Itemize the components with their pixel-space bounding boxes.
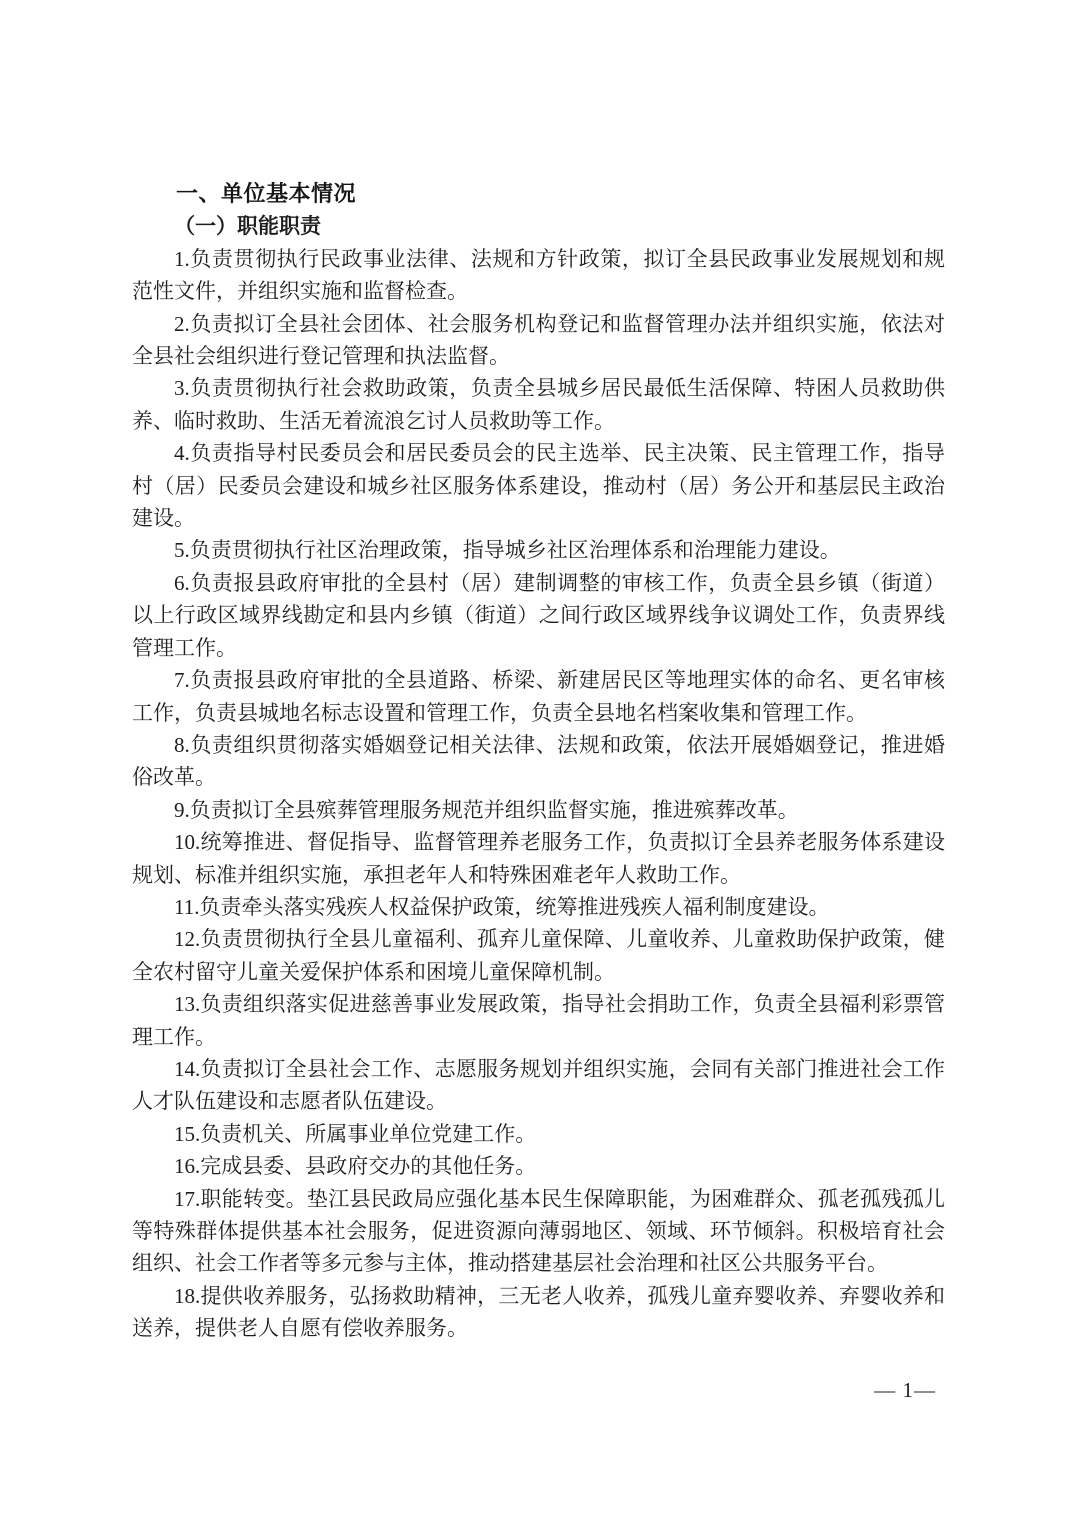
duty-paragraph-5: 5.负责贯彻执行社区治理政策，指导城乡社区治理体系和治理能力建设。 (132, 534, 945, 566)
duty-paragraph-14: 14.负责拟订全县社会工作、志愿服务规划并组织实施，会同有关部门推进社会工作人才… (132, 1053, 945, 1118)
duty-paragraph-6: 6.负责报县政府审批的全县村（居）建制调整的审核工作，负责全县乡镇（街道）以上行… (132, 567, 945, 664)
document-page: 一、单位基本情况 （一）职能职责 1.负责贯彻执行民政事业法律、法规和方针政策，… (0, 0, 1074, 1520)
duty-paragraph-15: 15.负责机关、所属事业单位党建工作。 (132, 1118, 945, 1150)
paragraph-list: 1.负责贯彻执行民政事业法律、法规和方针政策，拟订全县民政事业发展规划和规范性文… (132, 243, 945, 1345)
duty-paragraph-11: 11.负责牵头落实残疾人权益保护政策，统筹推进残疾人福利制度建设。 (132, 891, 945, 923)
duty-paragraph-4: 4.负责指导村民委员会和居民委员会的民主选举、民主决策、民主管理工作，指导村（居… (132, 437, 945, 534)
subsection-heading: （一）职能职责 (132, 210, 945, 242)
document-content: 一、单位基本情况 （一）职能职责 1.负责贯彻执行民政事业法律、法规和方针政策，… (132, 178, 945, 1345)
duty-paragraph-1: 1.负责贯彻执行民政事业法律、法规和方针政策，拟订全县民政事业发展规划和规范性文… (132, 243, 945, 308)
duty-paragraph-7: 7.负责报县政府审批的全县道路、桥梁、新建居民区等地理实体的命名、更名审核工作，… (132, 664, 945, 729)
duty-paragraph-18: 18.提供收养服务，弘扬救助精神，三无老人收养，孤残儿童弃婴收养、弃婴收养和送养… (132, 1280, 945, 1345)
section-heading: 一、单位基本情况 (132, 178, 945, 210)
duty-paragraph-9: 9.负责拟订全县殡葬管理服务规范并组织监督实施，推进殡葬改革。 (132, 794, 945, 826)
duty-paragraph-17: 17.职能转变。垫江县民政局应强化基本民生保障职能，为困难群众、孤老孤残孤儿等特… (132, 1183, 945, 1280)
duty-paragraph-8: 8.负责组织贯彻落实婚姻登记相关法律、法规和政策，依法开展婚姻登记，推进婚俗改革… (132, 729, 945, 794)
duty-paragraph-2: 2.负责拟订全县社会团体、社会服务机构登记和监督管理办法并组织实施，依法对全县社… (132, 308, 945, 373)
duty-paragraph-13: 13.负责组织落实促进慈善事业发展政策，指导社会捐助工作，负责全县福利彩票管理工… (132, 988, 945, 1053)
duty-paragraph-3: 3.负责贯彻执行社会救助政策，负责全县城乡居民最低生活保障、特困人员救助供养、临… (132, 372, 945, 437)
duty-paragraph-12: 12.负责贯彻执行全县儿童福利、孤弃儿童保障、儿童收养、儿童救助保护政策，健全农… (132, 923, 945, 988)
page-number: — 1— (874, 1376, 936, 1404)
duty-paragraph-16: 16.完成县委、县政府交办的其他任务。 (132, 1150, 945, 1182)
duty-paragraph-10: 10.统筹推进、督促指导、监督管理养老服务工作，负责拟订全县养老服务体系建设规划… (132, 826, 945, 891)
